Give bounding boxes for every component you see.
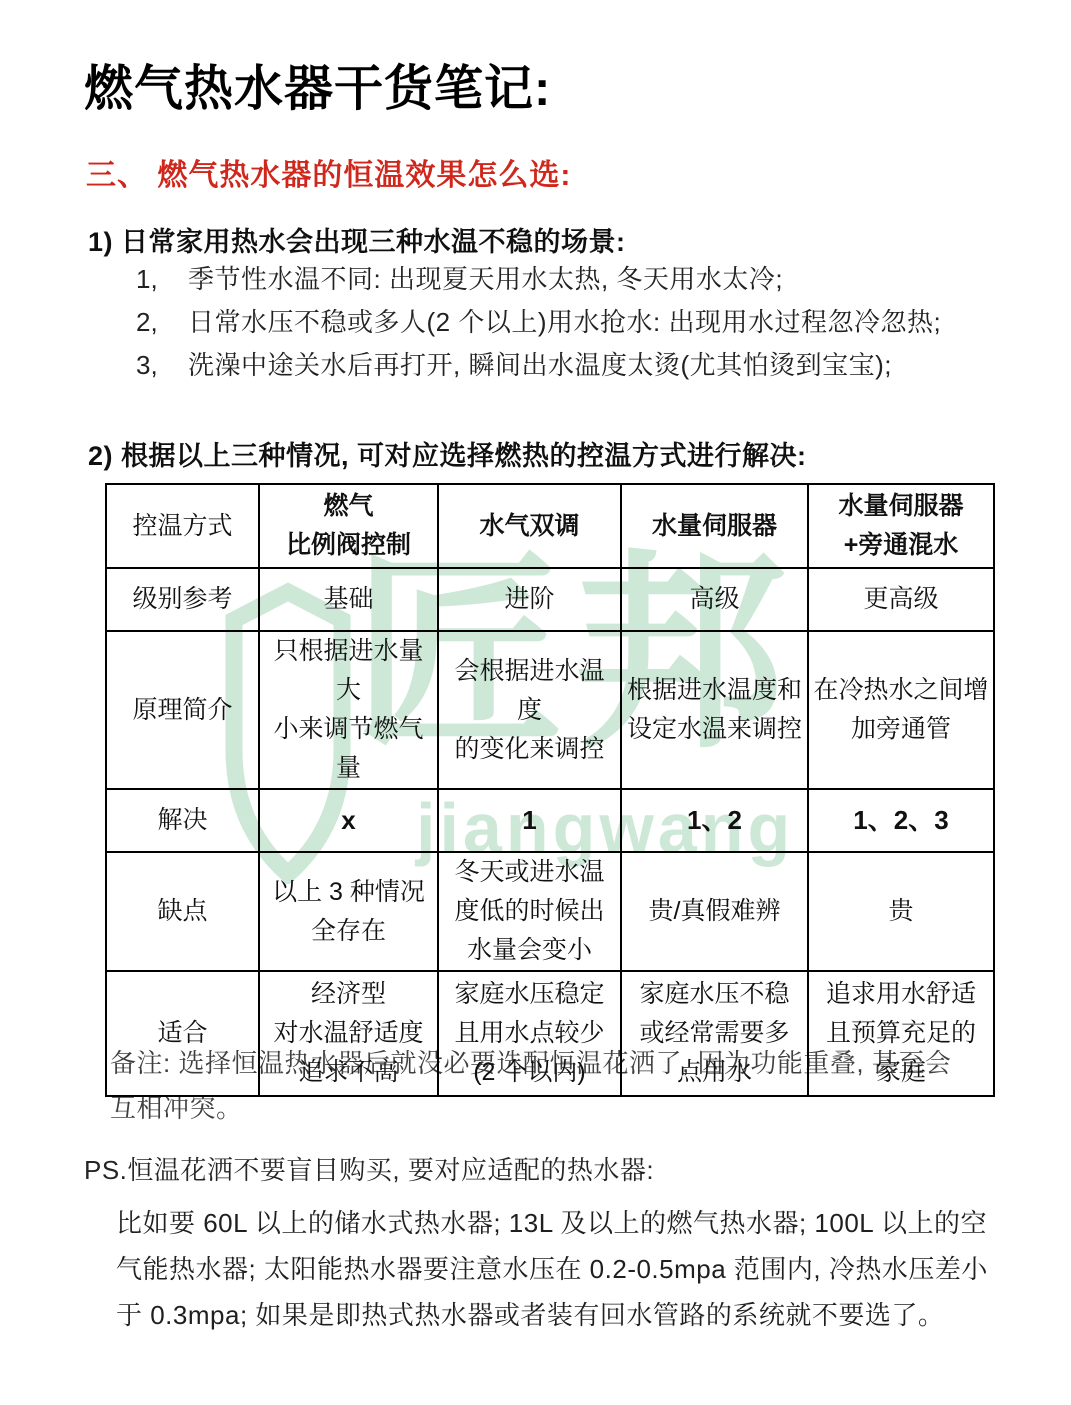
table-cell: 家庭水压稳定 且用水点较少 (2 个以内) [438, 971, 621, 1096]
section-heading: 三、 燃气热水器的恒温效果怎么选: [86, 150, 571, 194]
list-item: 2, 日常水压不稳或多人(2 个以上)用水抢水: 出现用水过程忽冷忽热; [136, 309, 941, 336]
table-cell: 家庭水压不稳 或经常需要多 点用水 [621, 971, 808, 1096]
table-cell: 1、2 [621, 789, 808, 852]
table-cell: 贵/真假难辨 [621, 852, 808, 971]
list-item-text: 季节性水温不同: 出现夏天用水太热, 冬天用水太冷; [188, 266, 783, 293]
scenario-list: 1, 季节性水温不同: 出现夏天用水太热, 冬天用水太冷; 2, 日常水压不稳或… [136, 266, 941, 395]
table-cell: 以上 3 种情况 全存在 [259, 852, 438, 971]
table-cell: 基础 [259, 568, 438, 631]
table-row-label: 解决 [106, 789, 259, 852]
table-row-label: 适合 [106, 971, 259, 1096]
table-cell: 经济型 对水温舒适度 追求不高 [259, 971, 438, 1096]
ps-body: 比如要 60L 以上的储水式热水器; 13L 及以上的燃气热水器; 100L 以… [116, 1200, 1028, 1338]
list-item-text: 日常水压不稳或多人(2 个以上)用水抢水: 出现用水过程忽冷忽热; [188, 309, 941, 336]
list-item-text: 洗澡中途关水后再打开, 瞬间出水温度太烫(尤其怕烫到宝宝); [188, 352, 892, 379]
table-row: 级别参考 基础 进阶 高级 更高级 [106, 568, 994, 631]
table-cell: 高级 [621, 568, 808, 631]
table-cell: 只根据进水量大 小来调节燃气量 [259, 631, 438, 789]
table-row: 解决 x 1 1、2 1、2、3 [106, 789, 994, 852]
table-cell: 进阶 [438, 568, 621, 631]
table-cell: 在冷热水之间增 加旁通管 [808, 631, 994, 789]
table-cell: 根据进水温度和 设定水温来调控 [621, 631, 808, 789]
table-row: 原理简介 只根据进水量大 小来调节燃气量 会根据进水温度 的变化来调控 根据进水… [106, 631, 994, 789]
table-cell: 更高级 [808, 568, 994, 631]
list-item: 3, 洗澡中途关水后再打开, 瞬间出水温度太烫(尤其怕烫到宝宝); [136, 352, 941, 379]
ps-heading: PS.恒温花洒不要盲目购买, 要对应适配的热水器: [84, 1150, 654, 1187]
table-row-label: 缺点 [106, 852, 259, 971]
list-item: 1, 季节性水温不同: 出现夏天用水太热, 冬天用水太冷; [136, 266, 941, 293]
table-header-row: 控温方式 燃气 比例阀控制 水气双调 水量伺服器 水量伺服器 +旁通混水 [106, 484, 994, 568]
table-header-cell: 水量伺服器 [621, 484, 808, 568]
list-item-number: 3, [136, 352, 188, 379]
table-header-cell: 水量伺服器 +旁通混水 [808, 484, 994, 568]
table-cell: 1 [438, 789, 621, 852]
table-header-cell: 控温方式 [106, 484, 259, 568]
table-header-cell: 水气双调 [438, 484, 621, 568]
list-item-number: 1, [136, 266, 188, 293]
table-row-label: 原理简介 [106, 631, 259, 789]
part1-heading: 1) 日常家用热水会出现三种水温不稳的场景: [88, 220, 626, 259]
table-cell: 冬天或进水温 度低的时候出 水量会变小 [438, 852, 621, 971]
table-cell: 追求用水舒适 且预算充足的 家庭 [808, 971, 994, 1096]
table-cell: x [259, 789, 438, 852]
table-row-label: 级别参考 [106, 568, 259, 631]
table-header-cell: 燃气 比例阀控制 [259, 484, 438, 568]
table-cell: 1、2、3 [808, 789, 994, 852]
comparison-table: 控温方式 燃气 比例阀控制 水气双调 水量伺服器 水量伺服器 +旁通混水 级别参… [105, 483, 995, 1097]
table-cell: 会根据进水温度 的变化来调控 [438, 631, 621, 789]
part2-heading: 2) 根据以上三种情况, 可对应选择燃热的控温方式进行解决: [88, 434, 807, 473]
table-row: 缺点 以上 3 种情况 全存在 冬天或进水温 度低的时候出 水量会变小 贵/真假… [106, 852, 994, 971]
table-row: 适合 经济型 对水温舒适度 追求不高 家庭水压稳定 且用水点较少 (2 个以内)… [106, 971, 994, 1096]
page-title: 燃气热水器干货笔记: [84, 50, 551, 120]
list-item-number: 2, [136, 309, 188, 336]
table-cell: 贵 [808, 852, 994, 971]
